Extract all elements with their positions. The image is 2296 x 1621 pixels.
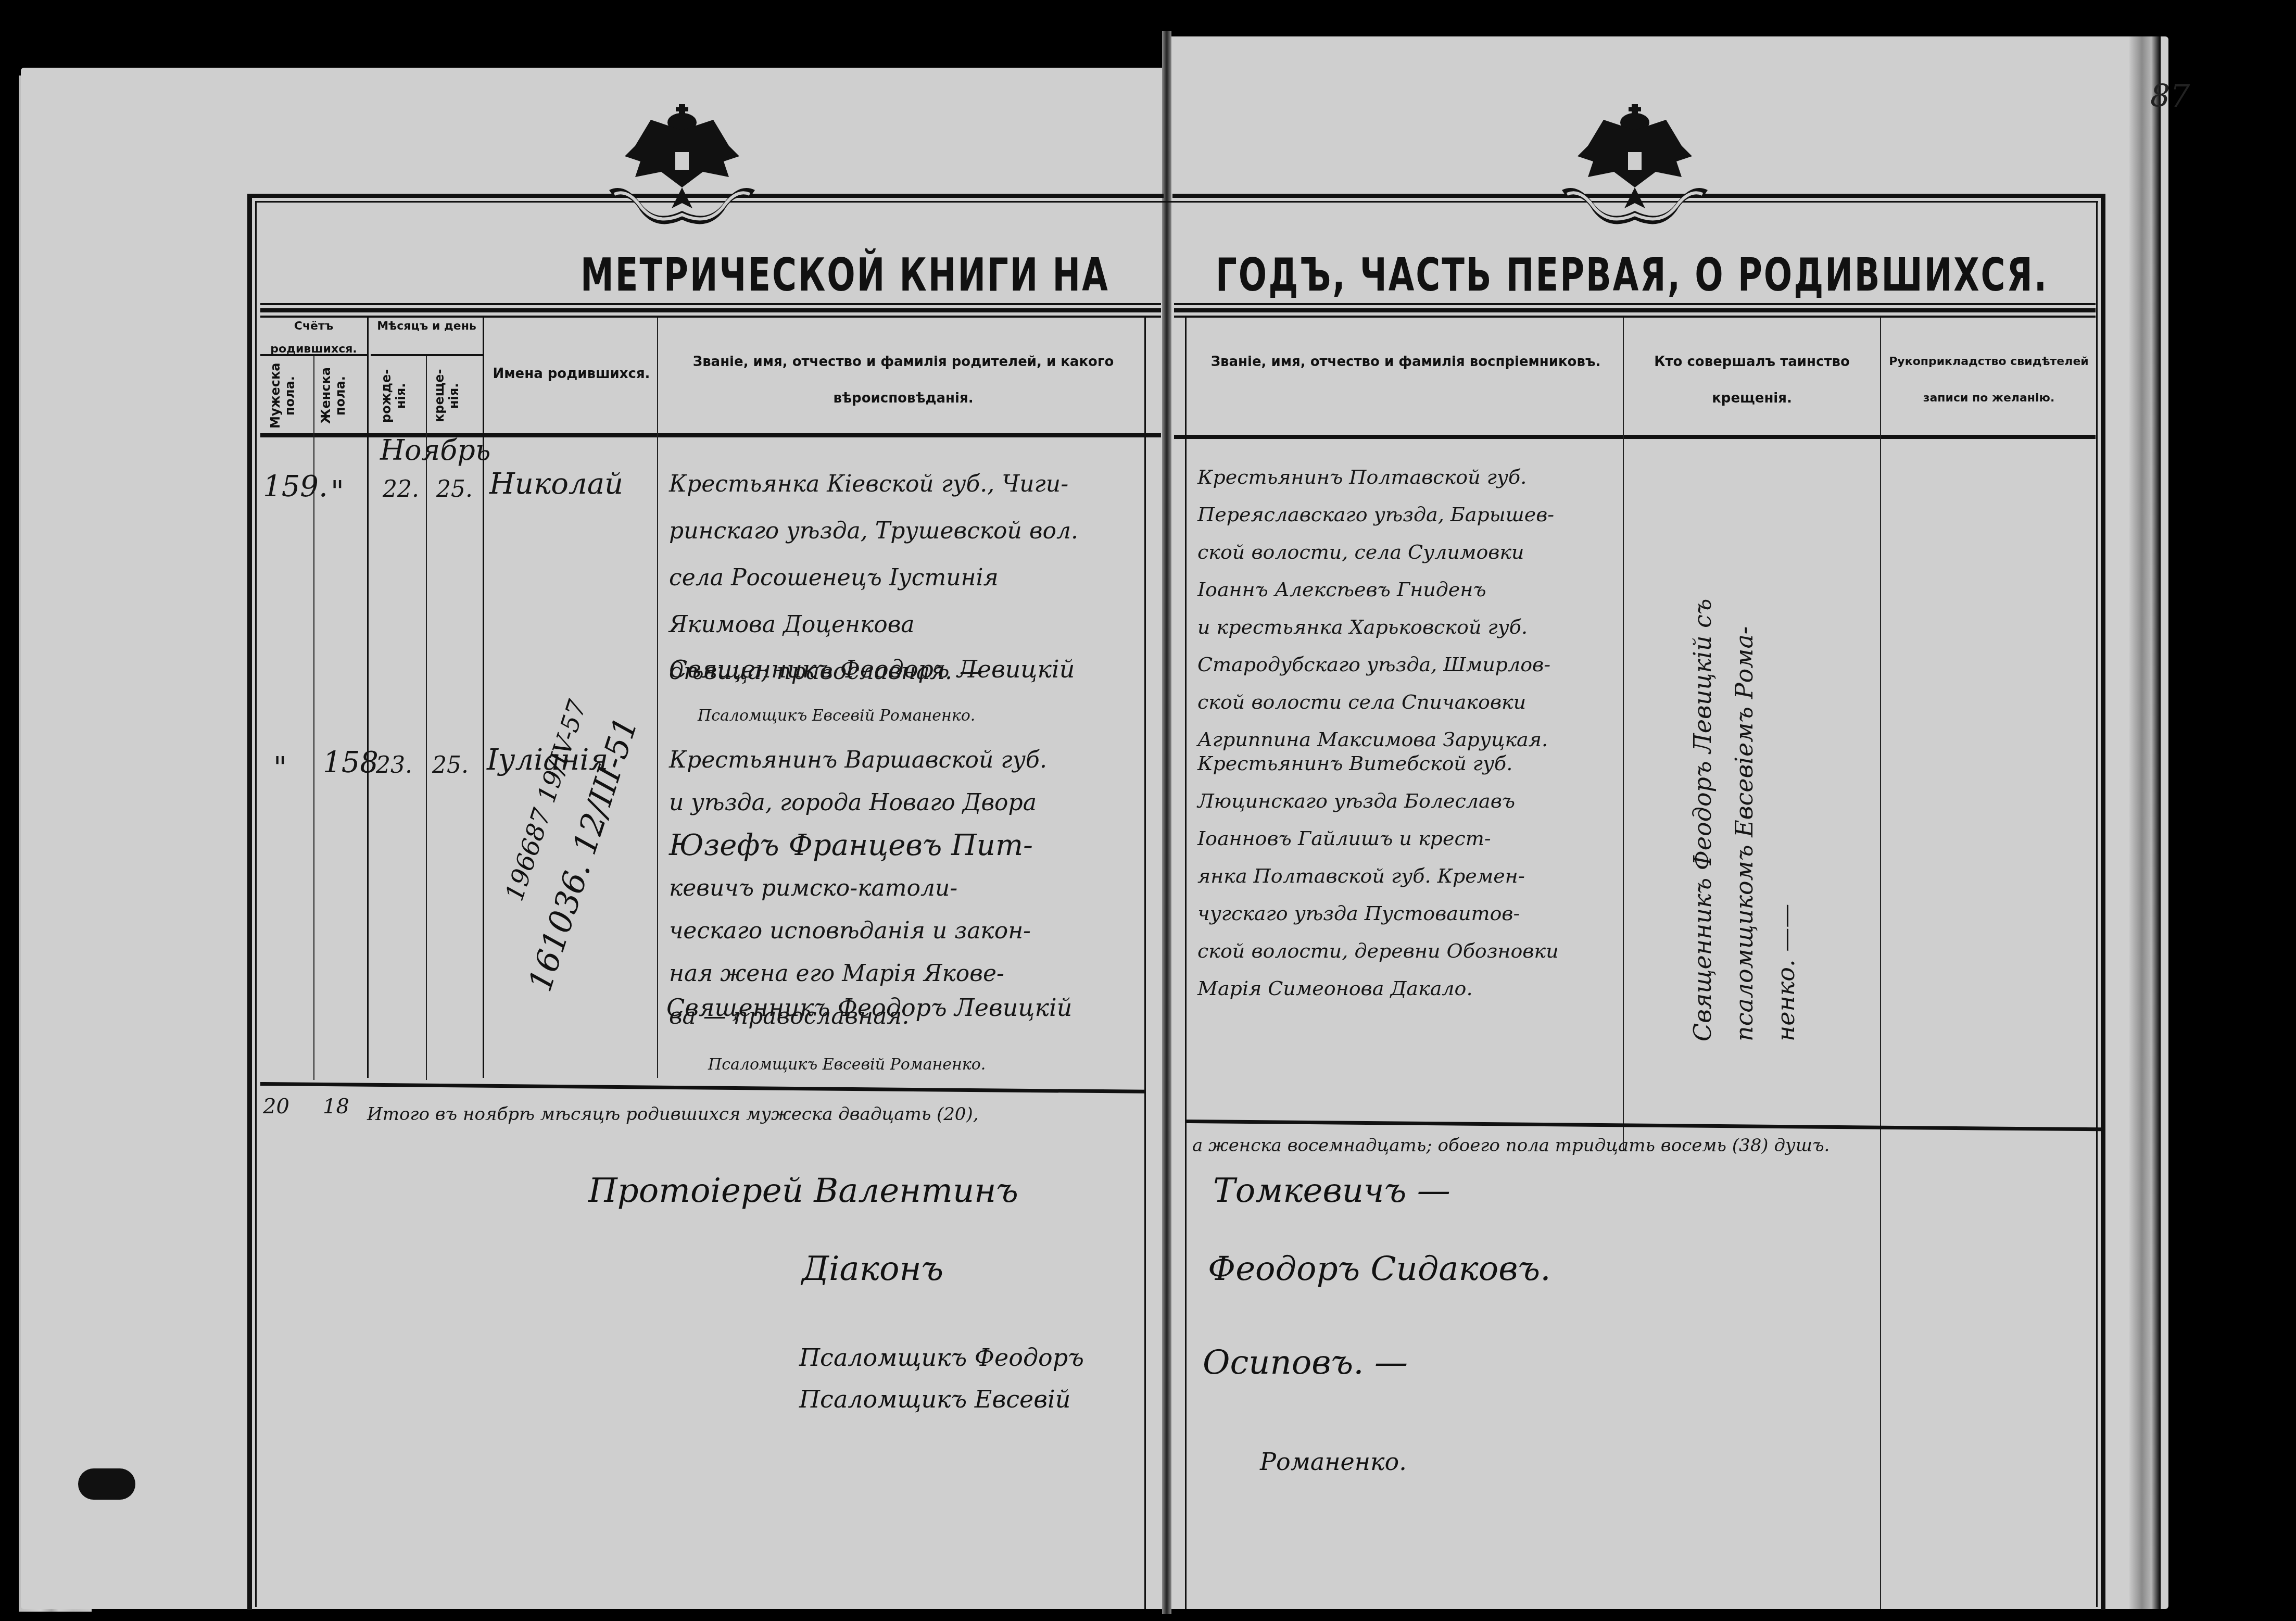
col-line-count	[367, 318, 369, 1078]
psalmist-signature: Псаломщикъ Евсевій Романенко.	[698, 706, 975, 726]
godparents-line: Переяславскаго уѣзда, Барышев-	[1197, 496, 1619, 533]
header-count-group: Счётъ родившихся.	[260, 315, 367, 361]
signature-tomkevich: Томкевичъ —	[1213, 1172, 1450, 1210]
godparents-line: Крестьянинъ Витебской губ.	[1197, 745, 1619, 782]
godparents-line: Іоанновъ Гайлишъ и крест-	[1197, 820, 1619, 857]
priest-signature: Священникъ Феодоръ Левицкій	[669, 651, 1075, 687]
female-number: 158	[323, 745, 379, 781]
parents-line: Крестьянинъ Варшавской губ.	[669, 742, 1138, 778]
header-officiant: Кто совершалъ таинство крещенія.	[1627, 344, 1877, 417]
col-line-right-start	[1185, 318, 1187, 1609]
parents-line: ная жена его Марія Якове-	[669, 956, 1138, 992]
signature-psalmist-1: Псаломщикъ Феодоръ	[799, 1343, 1084, 1372]
binding-clip	[78, 1468, 135, 1500]
birth-day: 23.	[376, 747, 412, 784]
godparents-text: Крестьянинъ Полтавской губ. Переяславска…	[1197, 458, 1619, 758]
col-line-names	[657, 318, 658, 1078]
baptism-day: 25.	[432, 747, 469, 784]
header-date-group: Мѣсяцъ и день	[371, 315, 483, 338]
col-line-officiant	[1880, 318, 1881, 1609]
parents-line: Юзефъ Францевъ Пит-	[669, 827, 1138, 864]
frame-inner-top	[255, 201, 2098, 203]
godparents-line: и крестьянка Харьковской губ.	[1197, 608, 1619, 646]
signature-sidakov: Феодоръ Сидаковъ.	[1208, 1250, 1551, 1288]
header-parents: Званіе, имя, отчество и фамилія родителе…	[666, 344, 1140, 417]
godparents-text: Крестьянинъ Витебской губ. Люцинскаго уѣ…	[1197, 745, 1619, 1007]
page-number: 87	[2150, 78, 2190, 115]
officiant-line: псаломщикомъ Евсевіемъ Рома-	[1730, 626, 1758, 1041]
header-godparents: Званіе, имя, отчество и фамилія воспріем…	[1192, 344, 1619, 380]
baptism-day: 25.	[436, 471, 473, 508]
parents-line: села Росошенецъ Іустинія	[669, 560, 1138, 596]
birth-day: 22.	[383, 471, 419, 508]
col-line-godparents	[1623, 318, 1624, 1151]
header-names: Имена родившихся.	[487, 359, 656, 388]
godparents-line: Стародубскаго уѣзда, Шмирлов-	[1197, 646, 1619, 683]
godparents-line: чугскаго уѣзда Пустоваитов-	[1197, 895, 1619, 932]
priest-signature: Священникъ Феодоръ Левицкій	[666, 989, 1072, 1026]
signature-osipov: Осиповъ. —	[1203, 1343, 1408, 1382]
totals-text-left: Итого въ ноябрѣ мѣсяцѣ родившихся мужеск…	[367, 1096, 979, 1133]
col-line-date	[483, 318, 484, 1078]
header-bottom-right	[1174, 435, 2096, 439]
male-number: "	[273, 750, 287, 786]
psalmist-signature: Псаломщикъ Евсевій Романенко.	[708, 1054, 986, 1075]
signature-psalmist-2: Псаломщикъ Евсевій	[799, 1385, 1070, 1413]
header-count-female: Женска пола.	[319, 362, 360, 430]
parents-line: и уѣзда, города Новаго Двора	[669, 785, 1138, 821]
book-gutter	[1162, 31, 1171, 1614]
totals-text-right: а женска восемнадцать; обоего пола тридц…	[1192, 1127, 1830, 1164]
frame-left	[247, 194, 252, 1610]
godparents-line: ской волости, села Сулимовки	[1197, 533, 1619, 571]
male-number: 159.	[263, 469, 328, 505]
header-rule-5	[1174, 308, 2096, 312]
totals-female: 18	[323, 1088, 349, 1125]
header-rule-6	[1174, 316, 2096, 318]
col-line-count-sub	[313, 356, 314, 1080]
parents-line: Крестьянка Кіевской губ., Чиги-	[669, 466, 1138, 502]
frame-inner-left	[255, 201, 257, 1607]
godparents-line: Крестьянинъ Полтавской губ.	[1197, 458, 1619, 496]
title-right: ГОДЪ, ЧАСТЬ ПЕРВАЯ, О РОДИВШИХСЯ.	[1216, 250, 2048, 302]
godparents-line: Люцинскаго уѣзда Болеславъ	[1197, 782, 1619, 820]
totals-male: 20	[263, 1088, 289, 1125]
signature-deacon: Діаконъ	[802, 1250, 943, 1288]
frame-inner-right	[2096, 201, 2098, 1607]
female-number: "	[331, 474, 344, 510]
signature-romanenko: Романенко.	[1260, 1448, 1407, 1476]
header-rule-1	[260, 303, 1161, 305]
parents-line: Якимова Доценкова	[669, 607, 1138, 643]
header-date-baptism: креще-нія.	[432, 362, 474, 430]
godparents-line: Іоаннъ Алексѣевъ Гниденъ	[1197, 571, 1619, 608]
imperial-eagle-emblem-left-icon	[604, 99, 760, 234]
officiant-text: Священникъ Феодоръ Левицкій съ псаломщик…	[1682, 448, 1859, 1041]
month-label: Ноябрь	[380, 432, 490, 469]
parents-line: ческаго исповѣданія и закон-	[669, 913, 1138, 949]
godparents-line: Марія Симеонова Дакало.	[1197, 970, 1619, 1007]
officiant-line: Священникъ Феодоръ Левицкій съ	[1688, 599, 1717, 1041]
godparents-line: ской волости, деревни Обозновки	[1197, 932, 1619, 970]
godparents-line: ской волости села Спичаковки	[1197, 683, 1619, 721]
header-count-male: Мужеска пола.	[268, 362, 310, 430]
godparents-line: янка Полтавской губ. Кремен-	[1197, 857, 1619, 895]
parents-line: ринскаго уѣзда, Трушевской вол.	[669, 513, 1138, 549]
header-date-birth: рожде-нія.	[379, 362, 421, 430]
officiant-line: ненко. ——	[1772, 904, 1800, 1041]
imperial-eagle-emblem-right-icon	[1557, 99, 1713, 234]
child-name: Николай	[489, 466, 623, 502]
parents-line: кевичъ римско-католи-	[669, 870, 1138, 907]
frame-right	[2101, 194, 2105, 1610]
header-witnesses: Рукоприкладство свидѣтелей записи по жел…	[1885, 344, 2093, 417]
signature-archpriest: Протоіерей Валентинъ	[588, 1172, 1018, 1210]
header-rule-4	[1174, 303, 2096, 305]
col-line-left-end	[1144, 318, 1146, 1609]
right-page-edge	[2129, 36, 2161, 1609]
title-left: МЕТРИЧЕСКОЙ КНИГИ НА	[581, 250, 1109, 302]
header-rule-2	[260, 308, 1161, 312]
